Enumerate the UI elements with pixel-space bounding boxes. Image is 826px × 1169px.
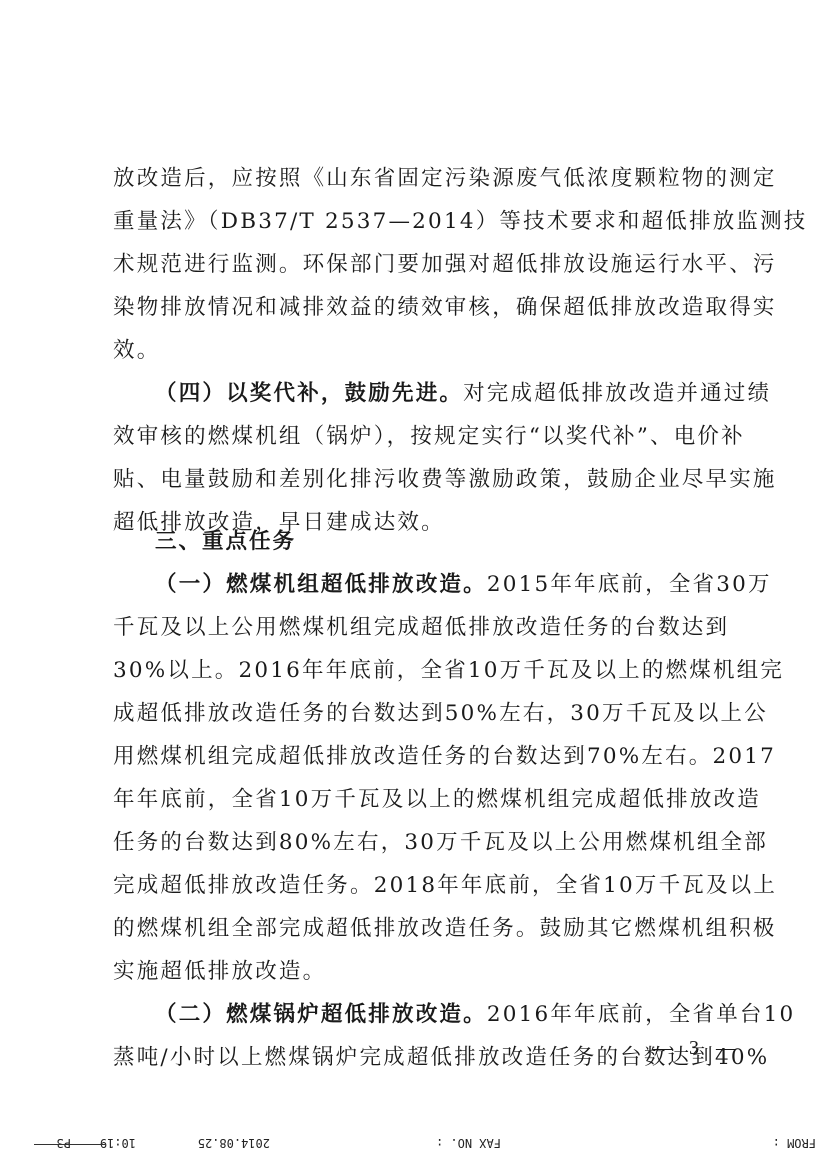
paragraph-line: 用燃煤机组完成超低排放改造任务的台数达到70%左右。2017 [113,746,725,768]
section-four-title: （四）以奖代补，鼓励先进。 [155,381,463,406]
fax-rule-line [34,1144,106,1145]
fax-date: 2014.08.25 [198,1136,270,1150]
paragraph-line: 千瓦及以上公用燃煤机组完成超低排放改造任务的台数达到 [113,617,725,639]
paragraph-line: 放改造后，应按照《山东省固定污染源废气低浓度颗粒物的测定 [113,168,725,190]
fax-page: P3 [57,1136,71,1150]
paragraph-line: 效。 [113,340,725,362]
paragraph-line: 实施超低排放改造。 [113,961,725,983]
section-four-text: 对完成超低排放改造并通过绩 [463,381,771,406]
page-number: — 3 — [652,1037,742,1060]
task-two-first-line: （二）燃煤锅炉超低排放改造。2016年年底前，全省单台10 [155,1004,725,1026]
document-page: 放改造后，应按照《山东省固定污染源废气低浓度颗粒物的测定 重量法》（DB37/T… [0,0,826,1169]
fax-header-inverted: FROM : FAX NO. : 2014.08.25 10:19 P3 [0,1128,826,1158]
paragraph-line: 任务的台数达到80%左右，30万千瓦及以上公用燃煤机组全部 [113,832,725,854]
section-heading: 三、重点任务 [155,531,725,553]
task-two-text: 2016年年底前，全省单台10 [487,1002,796,1027]
section-four-first-line: （四）以奖代补，鼓励先进。对完成超低排放改造并通过绩 [155,383,725,405]
paragraph-line: 术规范进行监测。环保部门要加强对超低排放设施运行水平、污 [113,254,725,276]
paragraph-line: 成超低排放改造任务的台数达到50%左右，30万千瓦及以上公 [113,703,725,725]
paragraph-line: 的燃煤机组全部完成超低排放改造任务。鼓励其它燃煤机组积极 [113,918,725,940]
paragraph-line: 贴、电量鼓励和差别化排污收费等激励政策，鼓励企业尽早实施 [113,469,725,491]
paragraph-line: 30%以上。2016年年底前，全省10万千瓦及以上的燃煤机组完 [113,660,725,682]
task-one-first-line: （一）燃煤机组超低排放改造。2015年年底前，全省30万 [155,574,725,596]
task-one-title: （一）燃煤机组超低排放改造。 [155,572,487,597]
paragraph-line: 完成超低排放改造任务。2018年年底前，全省10万千瓦及以上 [113,875,725,897]
paragraph-line: 重量法》（DB37/T 2537—2014）等技术要求和超低排放监测技 [113,211,725,233]
fax-time: 10:19 [100,1136,136,1150]
task-one-text: 2015年年底前，全省30万 [487,572,772,597]
paragraph-line: 染物排放情况和减排效益的绩效审核，确保超低排放改造取得实 [113,297,725,319]
task-two-title: （二）燃煤锅炉超低排放改造。 [155,1002,487,1027]
paragraph-line: 年年底前，全省10万千瓦及以上的燃煤机组完成超低排放改造 [113,789,725,811]
fax-from-label: FROM : [773,1136,816,1150]
paragraph-line: 蒸吨/小时以上燃煤锅炉完成超低排放改造任务的台数达到40% [113,1047,725,1069]
paragraph-line: 效审核的燃煤机组（锅炉），按规定实行“以奖代补”、电价补 [113,426,725,448]
fax-number-label: FAX NO. : [436,1136,501,1150]
